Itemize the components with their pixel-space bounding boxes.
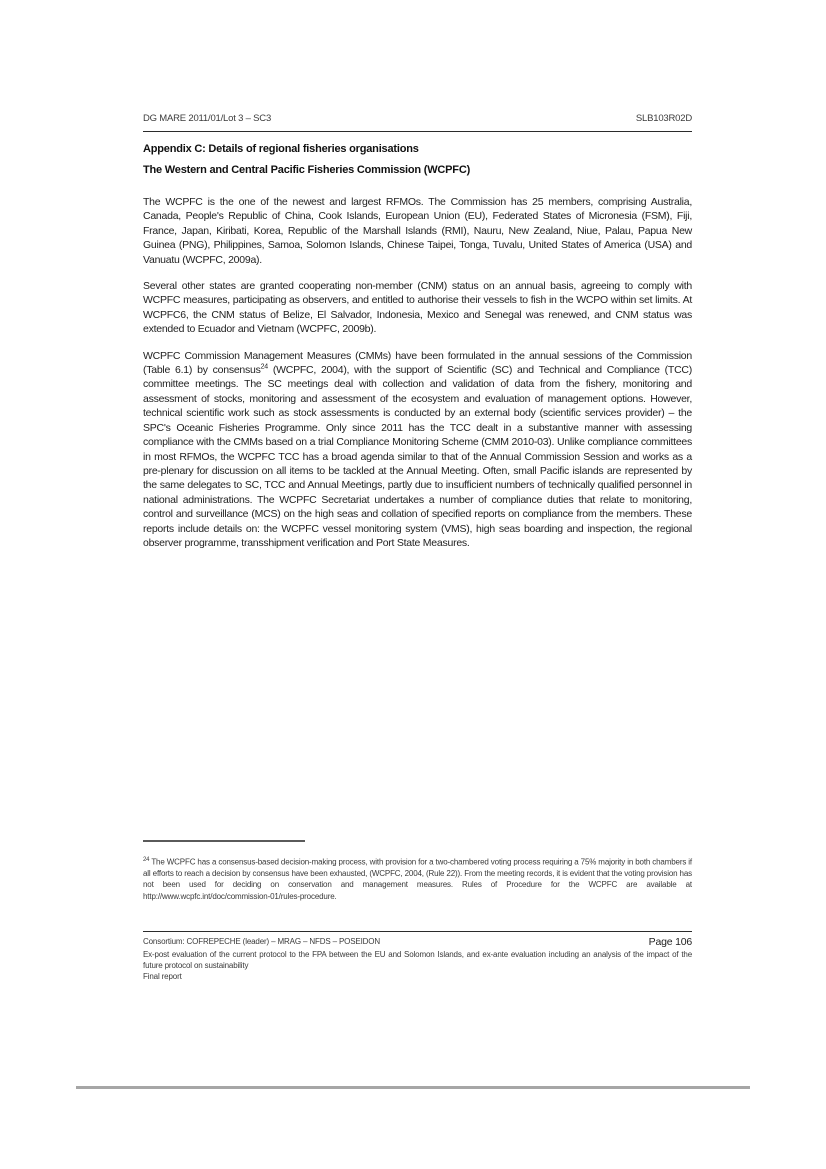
footer-report-type: Final report [143,971,692,982]
title-block: Appendix C: Details of regional fisherie… [143,143,692,177]
paragraph-cnm-status: Several other states are granted coopera… [143,279,692,337]
footer-top-row: Consortium: COFREPECHE (leader) – MRAG –… [143,936,692,948]
paragraph-members: The WCPFC is the one of the newest and l… [143,195,692,267]
paragraph-cmms-text-after-ref: (WCPFC, 2004), with the support of Scien… [143,364,692,549]
page-footer: Consortium: COFREPECHE (leader) – MRAG –… [143,931,692,982]
footnote-reference-24: 24 [261,364,268,371]
footer-report-description: Ex-post evaluation of the current protoc… [143,949,692,971]
footnote-24: 24 The WCPFC has a consensus-based decis… [143,855,692,902]
appendix-title: Appendix C: Details of regional fisherie… [143,143,692,156]
page-header: DG MARE 2011/01/Lot 3 – SC3 SLB103R02D [143,113,692,132]
section-title: The Western and Central Pacific Fisherie… [143,164,692,177]
footer-page-number: Page 106 [649,936,692,948]
body-text: The WCPFC is the one of the newest and l… [143,195,692,562]
footer-consortium-line: Consortium: COFREPECHE (leader) – MRAG –… [143,936,380,947]
page-break-separator [76,1086,750,1089]
document-page: DG MARE 2011/01/Lot 3 – SC3 SLB103R02D A… [0,0,826,1169]
header-left-reference: DG MARE 2011/01/Lot 3 – SC3 [143,113,271,124]
header-right-reference: SLB103R02D [636,113,692,124]
footnote-24-text: The WCPFC has a consensus-based decision… [143,858,692,901]
footnote-separator-rule [143,840,305,842]
footnote-area: 24 The WCPFC has a consensus-based decis… [143,840,692,902]
paragraph-cmms: WCPFC Commission Management Measures (CM… [143,349,692,551]
